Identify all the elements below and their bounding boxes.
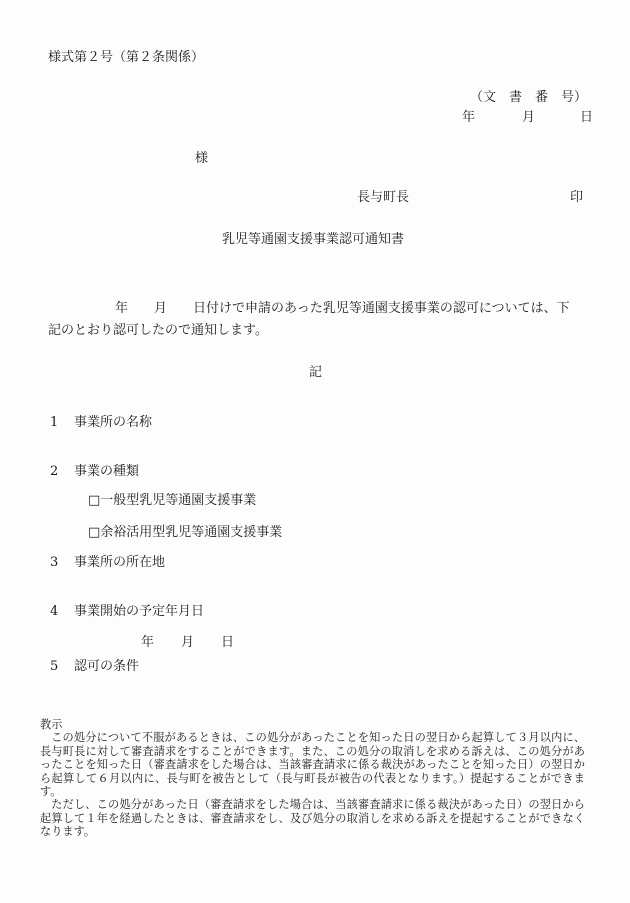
issue-date-year: 年 bbox=[462, 111, 522, 124]
seal-mark: 印 bbox=[570, 191, 583, 204]
ki-heading: 記 bbox=[309, 366, 322, 379]
issue-date-day: 日 bbox=[580, 111, 593, 124]
option-label: 余裕活用型乳児等通園支援事業 bbox=[100, 525, 282, 540]
item-business-name: 1事業所の名称 bbox=[50, 416, 152, 429]
item-label: 認可の条件 bbox=[74, 659, 139, 674]
planned-start-date: 年月日 bbox=[141, 636, 234, 649]
item-number: 3 bbox=[50, 556, 74, 569]
start-date-day: 日 bbox=[221, 635, 234, 650]
start-date-year: 年 bbox=[141, 636, 181, 649]
business-type-option-general[interactable]: □一般型乳児等通園支援事業 bbox=[88, 494, 256, 507]
item-number: 5 bbox=[50, 660, 74, 673]
item-business-address: 3事業所の所在地 bbox=[50, 556, 165, 569]
appeal-notice: 教示 この処分について不服があるときは、この処分があったことを知った日の翌日から… bbox=[40, 718, 585, 839]
item-start-date: 4事業開始の予定年月日 bbox=[50, 605, 204, 618]
item-label: 事業所の所在地 bbox=[74, 555, 165, 570]
start-date-month: 月 bbox=[181, 636, 221, 649]
issue-date: 年月日 bbox=[462, 111, 593, 124]
notice-paragraph-2: ただし、この処分があった日（審査請求をした場合は、当該審査請求に係る裁決があった… bbox=[40, 798, 585, 838]
body-text-line-1: 年 月 日付けで申請のあった乳児等通園支援事業の認可については、下 bbox=[115, 302, 570, 315]
item-label: 事業所の名称 bbox=[74, 415, 152, 430]
document-number: （文 書 番 号） bbox=[470, 91, 587, 104]
body-text-line-2: 記のとおり認可したので通知します。 bbox=[48, 324, 268, 337]
item-label: 事業の種類 bbox=[74, 464, 139, 479]
notice-paragraph-1: この処分について不服があるときは、この処分があったことを知った日の翌日から起算し… bbox=[40, 731, 585, 798]
business-type-option-surplus[interactable]: □余裕活用型乳児等通園支援事業 bbox=[88, 526, 282, 539]
item-number: 4 bbox=[50, 605, 74, 618]
document-title: 乳児等通園支援事業認可通知書 bbox=[222, 233, 404, 246]
form-number: 様式第２号（第２条関係） bbox=[48, 51, 204, 64]
checkbox-icon[interactable]: □ bbox=[88, 493, 100, 508]
item-conditions: 5認可の条件 bbox=[50, 660, 139, 673]
item-number: 2 bbox=[50, 465, 74, 478]
item-label: 事業開始の予定年月日 bbox=[74, 604, 204, 619]
item-number: 1 bbox=[50, 416, 74, 429]
recipient-suffix: 様 bbox=[195, 152, 208, 165]
sender-name: 長与町長 bbox=[357, 191, 409, 204]
issue-date-month: 月 bbox=[522, 111, 580, 124]
option-label: 一般型乳児等通園支援事業 bbox=[100, 493, 256, 508]
notice-heading: 教示 bbox=[40, 718, 585, 731]
checkbox-icon[interactable]: □ bbox=[88, 525, 100, 540]
item-business-type: 2事業の種類 bbox=[50, 465, 139, 478]
